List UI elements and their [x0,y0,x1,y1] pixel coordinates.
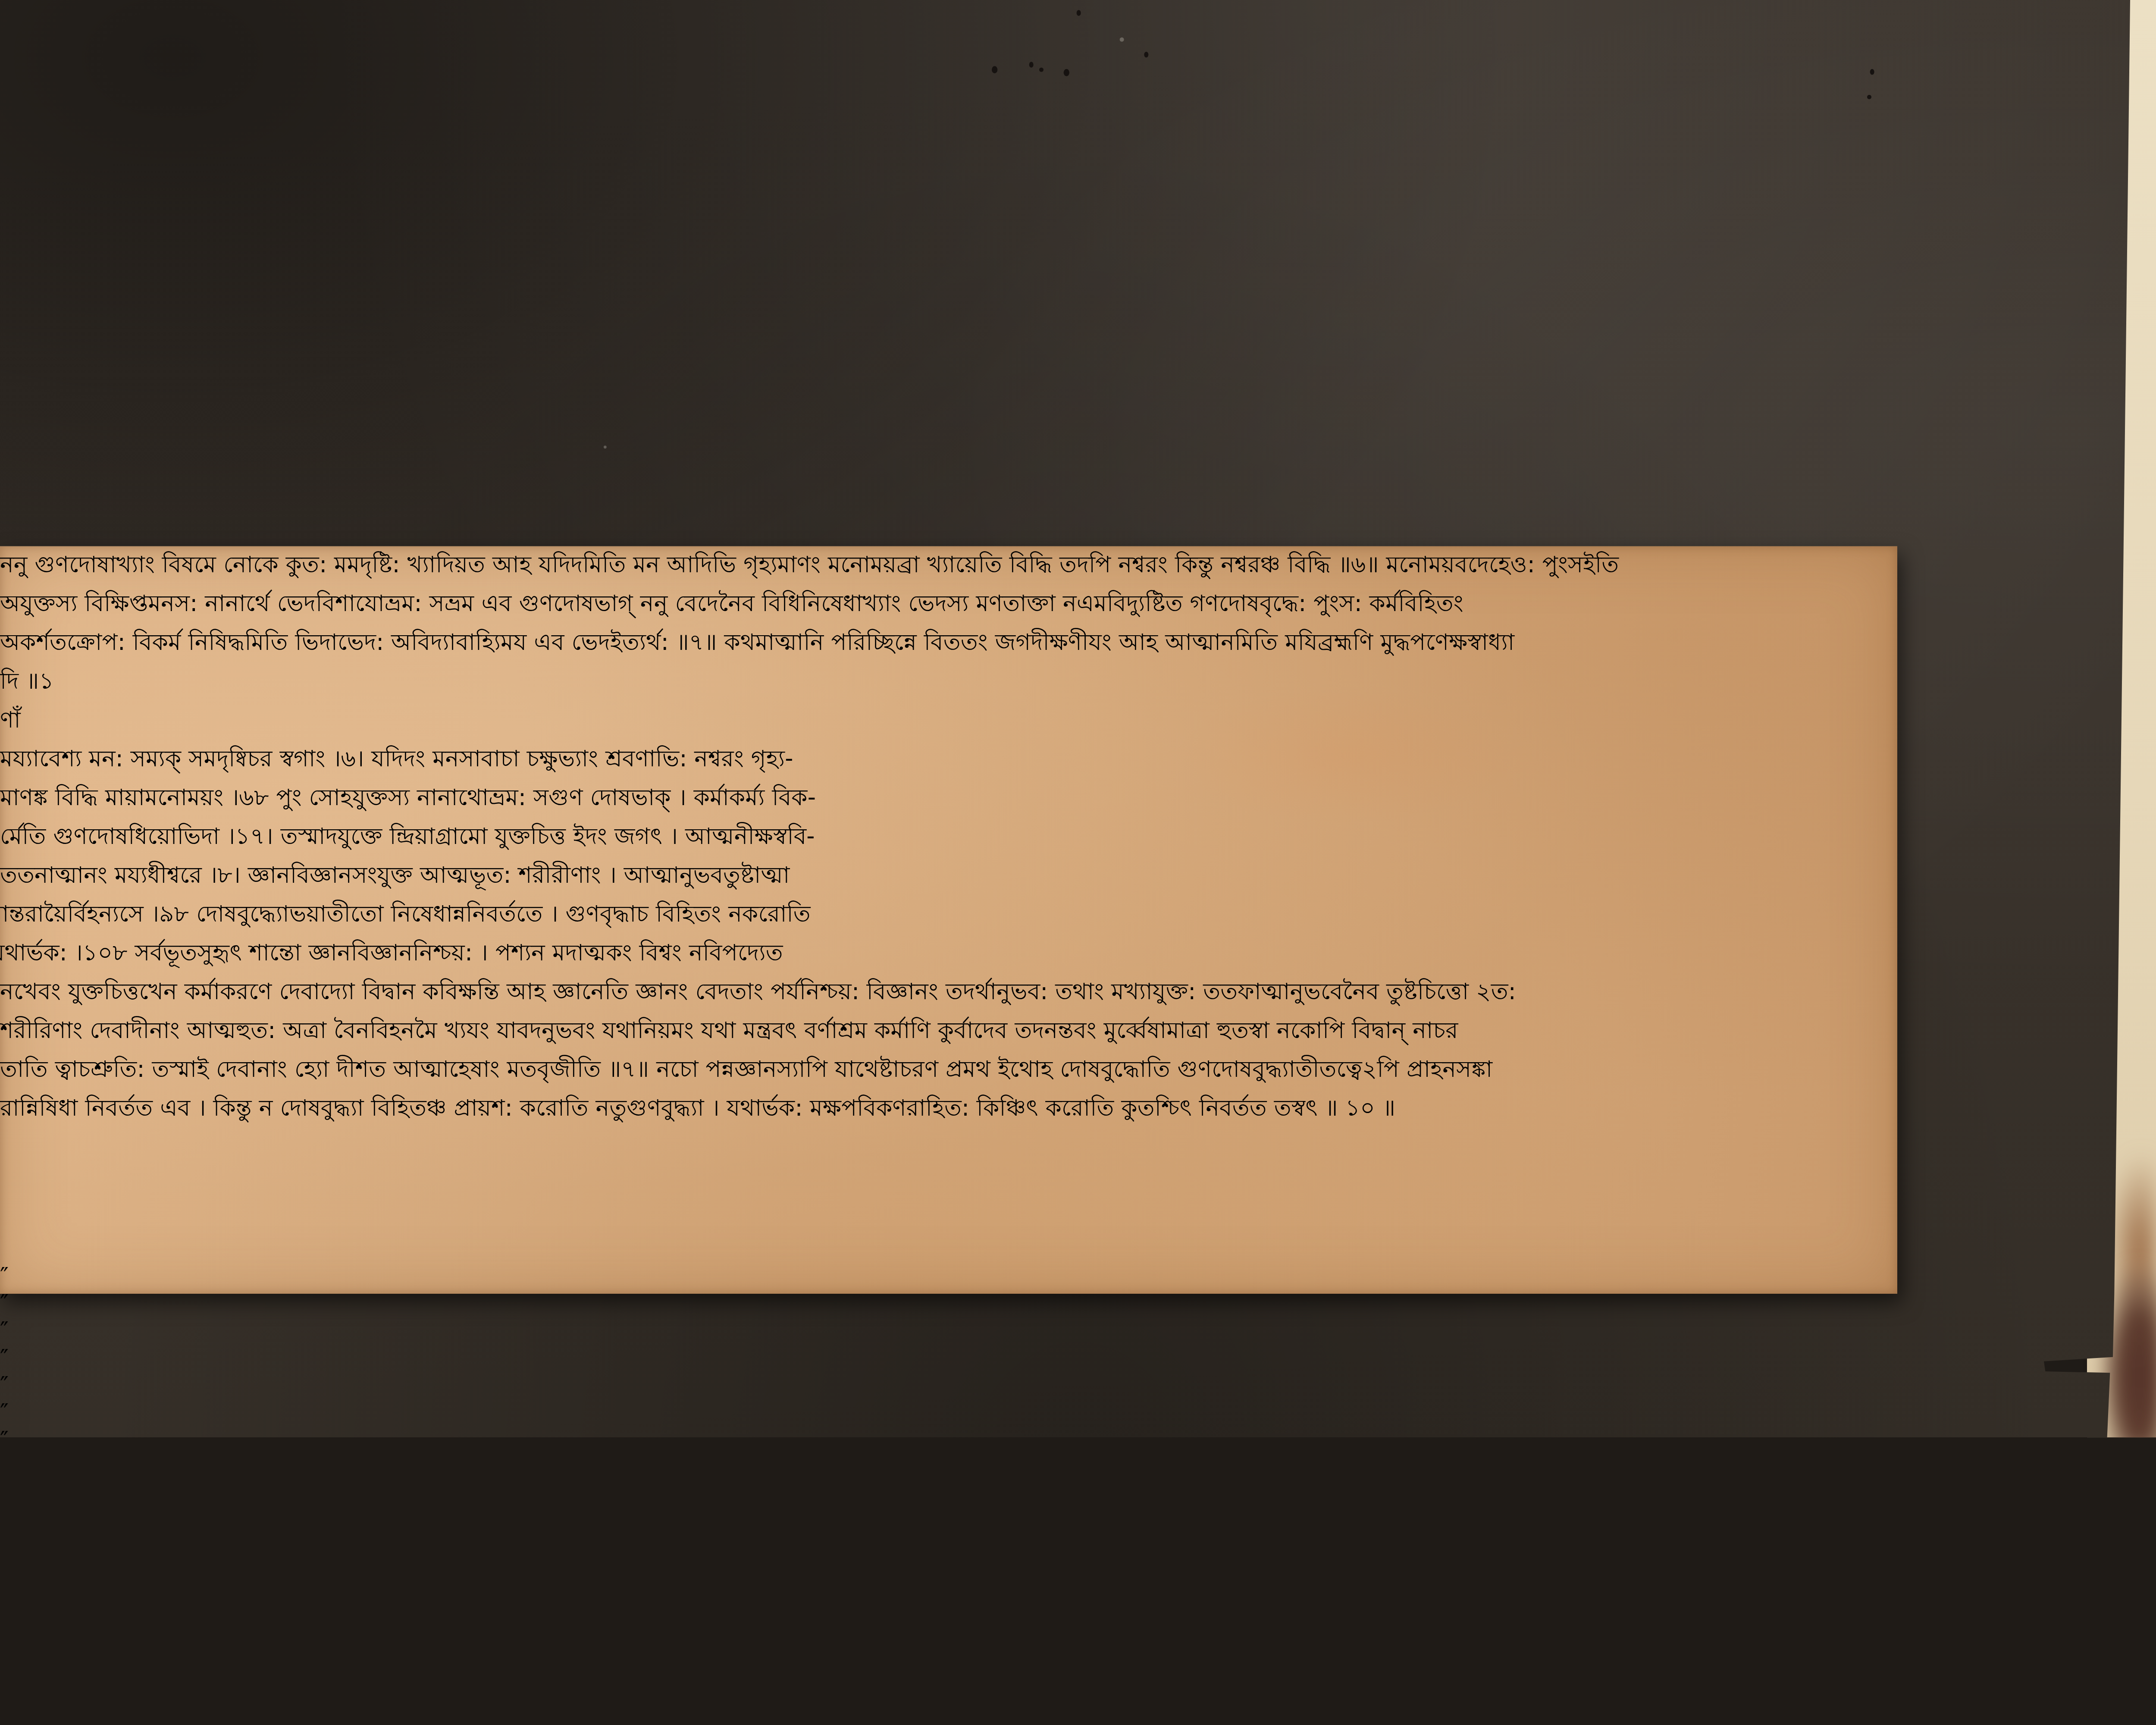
dark-ink-blob [0,1242,20,1262]
inserted-correction: ণাঁ [0,702,1897,740]
main-text: ময্যাবেশ্য মন: সম্যক্ সমদৃষ্বিচর স্বগাং … [0,740,1897,973]
manuscript-page: ননু গুণদোষাখ্যাং বিষমে নোকে কুত: মমদৃষ্ট… [0,546,1897,1294]
board-speck [1144,52,1148,57]
maroon-tick-mark: ″ [0,1289,1897,1317]
manuscript-page-content: ননু গুণদোষাখ্যাং বিষমে নোকে কুত: মমদৃষ্ট… [0,546,1897,1438]
yellow-correction-blob [0,1193,20,1218]
board-speck [1867,95,1871,99]
board-speck [1064,69,1069,76]
yellow-correction-blob [0,1129,31,1172]
text-line: অযুক্তস্য বিক্ষিপ্তমনস: নানার্থে ভেদবিশা… [0,585,1897,624]
text-line: ময্যাবেশ্য মন: সম্যক্ সমদৃষ্বিচর স্বগাং … [0,740,1897,779]
maroon-tick-mark: ″ [0,1426,1897,1438]
maroon-tick-mark: ″ [0,1371,1897,1399]
maroon-tick-mark: ″ [0,1262,1897,1289]
text-line: নান্তরায়ৈর্বিহন্যসে ।৯৮ দোষবুদ্ধ্যোভয়া… [0,896,1897,935]
text-line: নখেবং যুক্তচিত্তখেন কর্মাকরণে দেবাদ্যো ব… [0,973,1897,1012]
maroon-tick-mark: ″ [0,1399,1897,1426]
maroon-tick-mark: ″ [0,1344,1897,1371]
lower-commentary: নখেবং যুক্তচিত্তখেন কর্মাকরণে দেবাদ্যো ব… [0,973,1897,1129]
board-speck [1120,38,1124,42]
board-speck [1039,68,1044,72]
board-speck [1870,69,1874,75]
upper-commentary: ননু গুণদোষাখ্যাং বিষমে নোকে কুত: মমদৃষ্ট… [0,546,1897,663]
text-line: শরীরিণাং দেবাদীনাং আত্মহুত: অত্রা বৈনবিহ… [0,1012,1897,1051]
text-line: ননু গুণদোষাখ্যাং বিষমে নোকে কুত: মমদৃষ্ট… [0,546,1897,585]
board-speck [992,66,997,73]
board-speck [1077,10,1081,16]
yellow-correction-blob [0,1217,19,1242]
yellow-correction-blob [0,1172,25,1193]
board-speck [1029,62,1034,67]
text-line: অকর্শতক্রোপ: বিকর্ম নিষিদ্ধমিতি ভিদাভেদ:… [0,624,1897,663]
text-line: যথার্ভক: ।১০৮ সর্বভূতসুহৃৎ শান্তো জ্ঞানব… [0,935,1897,973]
text-line: র্মেতি গুণদোষধিয়োভিদা ।১৭। তস্মাদযুক্তে… [0,818,1897,857]
text-line: ততনাত্মানং ময্যধীশ্বরে ।৮। জ্ঞানবিজ্ঞানস… [0,857,1897,896]
maroon-tick-mark: ″ [0,1317,1897,1344]
text-line: মাণঙ্ক বিদ্ধি মায়ামনোময়ং ।৬৮ পুং সোহযু… [0,779,1897,818]
board-speck [604,445,607,448]
manuscript-page-surface: ননু গুণদোষাখ্যাং বিষমে নোকে কুত: মমদৃষ্ট… [0,546,1897,1294]
text-line: তাতি ত্বাচশ্রুতি: তস্মাই দেবানাং হ্যো দী… [0,1051,1897,1090]
section-mark: দি ॥১ [0,663,1897,702]
text-line: রান্নিষিধা নিবর্তত এব । কিন্তু ন দোষবুদ্… [0,1090,1897,1129]
photo-stage: ননু গুণদোষাখ্যাং বিষমে নোকে কুত: মমদৃষ্ট… [0,0,2156,1437]
